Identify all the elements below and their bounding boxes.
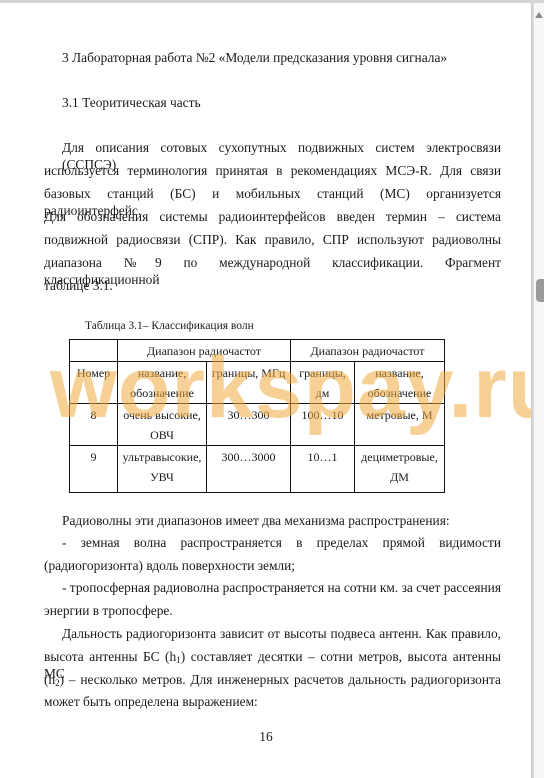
page-number: 16 xyxy=(0,728,532,745)
table-group-header-row: Диапазон радиочастот Диапазон радиочасто… xyxy=(70,340,445,362)
table-cell: 10…1 xyxy=(291,446,355,493)
table-row: 8 очень высокие, ОВЧ 30…300 100…10 метро… xyxy=(70,404,445,446)
table-cell: ультравысокие, УВЧ xyxy=(118,446,207,493)
scroll-up-arrow-icon[interactable] xyxy=(535,12,543,18)
table-header-cell xyxy=(70,340,118,362)
table-header-cell: Диапазон радиочастот xyxy=(118,340,291,362)
table-row: 9 ультравысокие, УВЧ 300…3000 10…1 децим… xyxy=(70,446,445,493)
table-header-cell: границы, дм xyxy=(291,362,355,404)
document-page: 3 Лабораторная работа №2 «Модели предска… xyxy=(0,3,532,778)
paragraph-mechanisms: Радиоволны эти диапазонов имеет два меха… xyxy=(62,512,501,529)
table-cell: метровые, М xyxy=(355,404,445,446)
section-heading: 3 Лабораторная работа №2 «Модели предска… xyxy=(62,49,519,66)
wave-classification-table: Диапазон радиочастот Диапазон радиочасто… xyxy=(69,339,445,493)
table-cell: 300…3000 xyxy=(207,446,291,493)
table-caption: Таблица 3.1– Классификация волн xyxy=(85,319,254,333)
table-cell: 100…10 xyxy=(291,404,355,446)
subsection-heading: 3.1 Теоритическая часть xyxy=(62,94,519,111)
table-header-cell: название, обозначение xyxy=(118,362,207,404)
table-cell: 9 xyxy=(70,446,118,493)
table-cell: 8 xyxy=(70,404,118,446)
table-cell: очень высокие, ОВЧ xyxy=(118,404,207,446)
scrollbar-thumb[interactable] xyxy=(536,279,544,302)
table-cell: дециметровые, ДМ xyxy=(355,446,445,493)
table-header-cell: название, обозначение xyxy=(355,362,445,404)
vertical-scrollbar[interactable] xyxy=(534,3,544,778)
table-column-header-row: Номер название, обозначение границы, МГц… xyxy=(70,362,445,404)
table-cell: 30…300 xyxy=(207,404,291,446)
table-header-cell: Номер xyxy=(70,362,118,404)
table-header-cell: Диапазон радиочастот xyxy=(291,340,445,362)
table-header-cell: границы, МГц xyxy=(207,362,291,404)
